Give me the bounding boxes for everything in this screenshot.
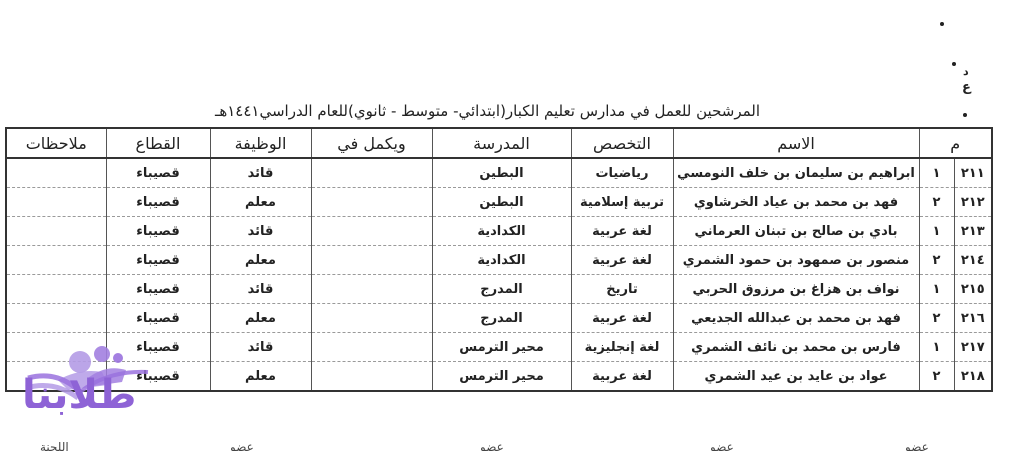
row-number: ٢١٨	[954, 362, 992, 392]
header-name: الاسم	[673, 128, 919, 158]
row-sub-number: ٢	[919, 304, 954, 333]
row-job: قائد	[210, 333, 311, 362]
row-name: فهد بن محمد بن عياد الخرشاوي	[673, 188, 919, 217]
row-notes	[6, 188, 106, 217]
row-number: ٢١٦	[954, 304, 992, 333]
header-school: المدرسة	[432, 128, 571, 158]
row-school: البطين	[432, 188, 571, 217]
row-job: قائد	[210, 217, 311, 246]
row-specialty: رياضيات	[571, 158, 673, 188]
row-number: ٢١٤	[954, 246, 992, 275]
row-completes-in	[311, 217, 432, 246]
row-sector: قصيباء	[106, 217, 210, 246]
row-name: بادي بن صالح بن تبنان العرماني	[673, 217, 919, 246]
row-notes	[6, 246, 106, 275]
row-notes	[6, 158, 106, 188]
row-school: المدرج	[432, 304, 571, 333]
row-name: عواد بن عايد بن عيد الشمري	[673, 362, 919, 392]
header-completes-in: ويكمل في	[311, 128, 432, 158]
row-completes-in	[311, 333, 432, 362]
scan-dot	[940, 22, 944, 26]
row-job: معلم	[210, 246, 311, 275]
document-title: المرشحين للعمل في مدارس تعليم الكبار(ابت…	[215, 102, 760, 120]
scan-dot	[952, 62, 956, 66]
row-number: ٢١٧	[954, 333, 992, 362]
signature-fragment: عضو	[480, 440, 504, 451]
row-sub-number: ١	[919, 333, 954, 362]
row-job: معلم	[210, 188, 311, 217]
row-number: ٢١٢	[954, 188, 992, 217]
row-completes-in	[311, 304, 432, 333]
row-job: معلم	[210, 304, 311, 333]
row-name: فارس بن محمد بن نائف الشمري	[673, 333, 919, 362]
row-sub-number: ١	[919, 217, 954, 246]
signature-fragment: عضو	[230, 440, 254, 451]
row-school: محير الترمس	[432, 333, 571, 362]
candidates-table: م الاسم التخصص المدرسة ويكمل في الوظيفة …	[5, 127, 993, 392]
row-name: فهد بن محمد بن عبدالله الجديعي	[673, 304, 919, 333]
watermark-text: طلابنا	[22, 372, 136, 418]
table-row: ٢١٧ ١ فارس بن محمد بن نائف الشمري لغة إن…	[6, 333, 992, 362]
row-completes-in	[311, 188, 432, 217]
row-specialty: لغة عربية	[571, 304, 673, 333]
row-number: ٢١١	[954, 158, 992, 188]
row-number: ٢١٥	[954, 275, 992, 304]
row-notes	[6, 275, 106, 304]
row-completes-in	[311, 246, 432, 275]
row-sector: قصيباء	[106, 275, 210, 304]
header-notes: ملاحظات	[6, 128, 106, 158]
row-sub-number: ١	[919, 275, 954, 304]
row-specialty: لغة عربية	[571, 246, 673, 275]
row-sub-number: ١	[919, 158, 954, 188]
row-school: البطين	[432, 158, 571, 188]
row-sector: قصيباء	[106, 158, 210, 188]
row-sub-number: ٢	[919, 188, 954, 217]
table-row: ٢١١ ١ ابراهيم بن سليمان بن خلف النومسي ر…	[6, 158, 992, 188]
table-row: ٢١٣ ١ بادي بن صالح بن تبنان العرماني لغة…	[6, 217, 992, 246]
row-school: المدرج	[432, 275, 571, 304]
row-school: الكدادية	[432, 217, 571, 246]
row-sector: قصيباء	[106, 188, 210, 217]
row-sector: قصيباء	[106, 246, 210, 275]
table-row: ٢١٥ ١ نواف بن هزاغ بن مرزوق الحربي تاريخ…	[6, 275, 992, 304]
row-specialty: لغة عربية	[571, 217, 673, 246]
signature-fragment: عضو	[905, 440, 929, 451]
row-specialty: لغة عربية	[571, 362, 673, 392]
row-specialty: تربية إسلامية	[571, 188, 673, 217]
row-number: ٢١٣	[954, 217, 992, 246]
table-row: ٢١٤ ٢ منصور بن صمهود بن حمود الشمري لغة …	[6, 246, 992, 275]
row-notes	[6, 304, 106, 333]
row-sub-number: ٢	[919, 246, 954, 275]
signature-fragment: اللجنة	[40, 440, 69, 451]
row-completes-in	[311, 158, 432, 188]
corner-mark: د	[963, 65, 969, 78]
table-header-row: م الاسم التخصص المدرسة ويكمل في الوظيفة …	[6, 128, 992, 158]
header-sector: القطاع	[106, 128, 210, 158]
row-job: معلم	[210, 362, 311, 392]
row-notes	[6, 217, 106, 246]
signature-fragment: عضو	[710, 440, 734, 451]
header-job: الوظيفة	[210, 128, 311, 158]
row-name: منصور بن صمهود بن حمود الشمري	[673, 246, 919, 275]
row-school: محير الترمس	[432, 362, 571, 392]
row-name: نواف بن هزاغ بن مرزوق الحربي	[673, 275, 919, 304]
row-job: قائد	[210, 275, 311, 304]
row-name: ابراهيم بن سليمان بن خلف النومسي	[673, 158, 919, 188]
table-row: ٢١٦ ٢ فهد بن محمد بن عبدالله الجديعي لغة…	[6, 304, 992, 333]
table-row: ٢١٨ ٢ عواد بن عايد بن عيد الشمري لغة عرب…	[6, 362, 992, 392]
row-school: الكدادية	[432, 246, 571, 275]
row-sector: قصيباء	[106, 304, 210, 333]
table-row: ٢١٢ ٢ فهد بن محمد بن عياد الخرشاوي تربية…	[6, 188, 992, 217]
header-specialty: التخصص	[571, 128, 673, 158]
row-sub-number: ٢	[919, 362, 954, 392]
row-completes-in	[311, 275, 432, 304]
header-index: م	[919, 128, 992, 158]
row-job: قائد	[210, 158, 311, 188]
row-specialty: تاريخ	[571, 275, 673, 304]
scan-dot	[963, 113, 967, 117]
corner-mark: ع	[962, 80, 971, 95]
row-specialty: لغة إنجليزية	[571, 333, 673, 362]
row-completes-in	[311, 362, 432, 392]
